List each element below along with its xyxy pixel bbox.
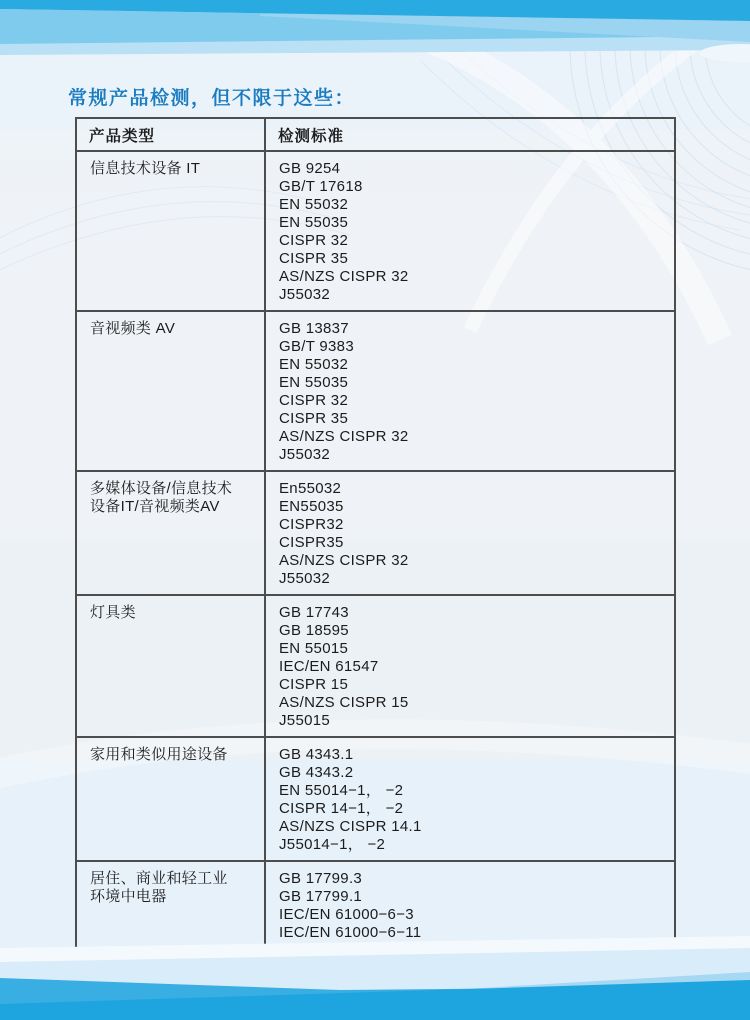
table-row: 音视频类 AV GB 13837 GB/T 9383 EN 55032 EN 5… bbox=[76, 311, 675, 471]
document-page: { "page": { "title": "常规产品检测，但不限于这些：" },… bbox=[0, 0, 750, 1020]
product-type-cell: 音视频类 AV bbox=[76, 311, 265, 471]
table-header-row: 产品类型 检测标准 bbox=[76, 118, 675, 151]
standards-cell: GB 13837 GB/T 9383 EN 55032 EN 55035 CIS… bbox=[265, 311, 675, 471]
header-test-standard: 检测标准 bbox=[265, 118, 675, 151]
page-content: 常规产品检测，但不限于这些： 产品类型 检测标准 信息技术设备 IT GB 92… bbox=[0, 0, 750, 1020]
standards-cell: GB 17799.3 GB 17799.1 IEC/EN 61000−6−3 I… bbox=[265, 861, 675, 967]
page-title: 常规产品检测，但不限于这些： bbox=[68, 83, 355, 110]
product-type-cell: 多媒体设备/信息技术 设备IT/音视频类AV bbox=[76, 471, 265, 595]
product-type-cell: 信息技术设备 IT bbox=[76, 151, 265, 311]
table-row: 信息技术设备 IT GB 9254 GB/T 17618 EN 55032 EN… bbox=[76, 151, 675, 311]
product-type-cell: 居住、商业和轻工业 环境中电器 bbox=[76, 861, 265, 967]
standards-cell: GB 4343.1 GB 4343.2 EN 55014−1， −2 CISPR… bbox=[265, 737, 675, 861]
standards-cell: GB 17743 GB 18595 EN 55015 IEC/EN 61547 … bbox=[265, 595, 675, 737]
header-product-type: 产品类型 bbox=[76, 118, 265, 151]
standards-table: 产品类型 检测标准 信息技术设备 IT GB 9254 GB/T 17618 E… bbox=[75, 117, 676, 968]
product-type-cell: 家用和类似用途设备 bbox=[76, 737, 265, 861]
product-type-cell: 灯具类 bbox=[76, 595, 265, 737]
table-row: 居住、商业和轻工业 环境中电器 GB 17799.3 GB 17799.1 IE… bbox=[76, 861, 675, 967]
table-row: 灯具类 GB 17743 GB 18595 EN 55015 IEC/EN 61… bbox=[76, 595, 675, 737]
standards-cell: GB 9254 GB/T 17618 EN 55032 EN 55035 CIS… bbox=[265, 151, 675, 311]
table-row: 多媒体设备/信息技术 设备IT/音视频类AV En55032 EN55035 C… bbox=[76, 471, 675, 595]
standards-cell: En55032 EN55035 CISPR32 CISPR35 AS/NZS C… bbox=[265, 471, 675, 595]
table-row: 家用和类似用途设备 GB 4343.1 GB 4343.2 EN 55014−1… bbox=[76, 737, 675, 861]
